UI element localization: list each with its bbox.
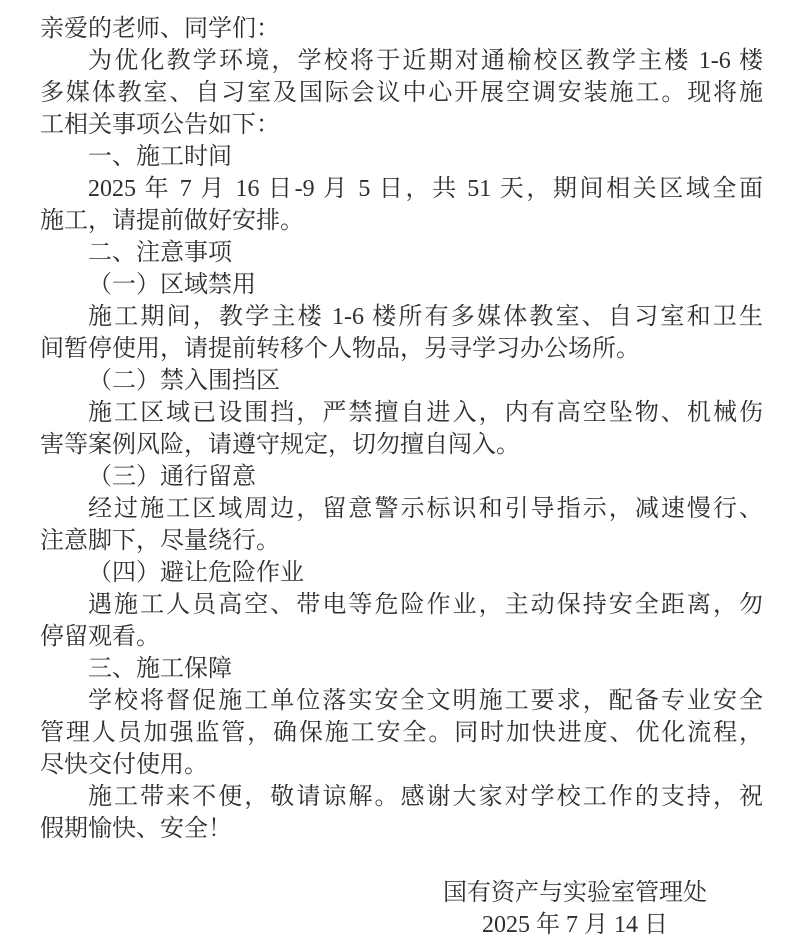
text-line: 假期愉快、安全！ (40, 813, 763, 845)
signature-date: 2025 年 7 月 14 日 (443, 909, 707, 941)
text-line: 经过施工区域周边，留意警示标识和引导指示，减速慢行、 (40, 493, 763, 525)
text-line: 遇施工人员高空、带电等危险作业，主动保持安全距离，勿 (40, 589, 763, 621)
text-line: 为优化教学环境，学校将于近期对通榆校区教学主楼 1-6 楼 (40, 45, 763, 77)
signature-block: 国有资产与实验室管理处 2025 年 7 月 14 日 (443, 877, 707, 941)
notice-page: 亲爱的老师、同学们： 为优化教学环境，学校将于近期对通榆校区教学主楼 1-6 楼… (0, 0, 799, 947)
text-line: 尽快交付使用。 (40, 749, 763, 781)
text-line: 工相关事项公告如下： (40, 109, 763, 141)
text-line: （四）避让危险作业 (40, 557, 763, 589)
text-line: 2025 年 7 月 16 日-9 月 5 日，共 51 天，期间相关区域全面 (40, 173, 763, 205)
text-line: 管理人员加强监管，确保施工安全。同时加快进度、优化流程， (40, 717, 763, 749)
text-line: 注意脚下，尽量绕行。 (40, 525, 763, 557)
text-line: 二、注意事项 (40, 237, 763, 269)
text-line: 一、施工时间 (40, 141, 763, 173)
text-line: 施工期间，教学主楼 1-6 楼所有多媒体教室、自习室和卫生 (40, 301, 763, 333)
signature-department: 国有资产与实验室管理处 (443, 877, 707, 909)
text-line: 学校将督促施工单位落实安全文明施工要求，配备专业安全 (40, 685, 763, 717)
salutation: 亲爱的老师、同学们： (40, 13, 763, 45)
text-line: 多媒体教室、自习室及国际会议中心开展空调安装施工。现将施 (40, 77, 763, 109)
text-line: （二）禁入围挡区 (40, 365, 763, 397)
text-line: 施工，请提前做好安排。 (40, 205, 763, 237)
text-line: 施工带来不便，敬请谅解。感谢大家对学校工作的支持，祝 (40, 781, 763, 813)
text-line: 间暂停使用，请提前转移个人物品，另寻学习办公场所。 (40, 333, 763, 365)
document-body: 为优化教学环境，学校将于近期对通榆校区教学主楼 1-6 楼多媒体教室、自习室及国… (40, 45, 763, 845)
text-line: 施工区域已设围挡，严禁擅自进入，内有高空坠物、机械伤 (40, 397, 763, 429)
text-line: 停留观看。 (40, 621, 763, 653)
text-line: （一）区域禁用 (40, 269, 763, 301)
text-line: （三）通行留意 (40, 461, 763, 493)
text-line: 害等案例风险，请遵守规定，切勿擅自闯入。 (40, 429, 763, 461)
text-line: 三、施工保障 (40, 653, 763, 685)
